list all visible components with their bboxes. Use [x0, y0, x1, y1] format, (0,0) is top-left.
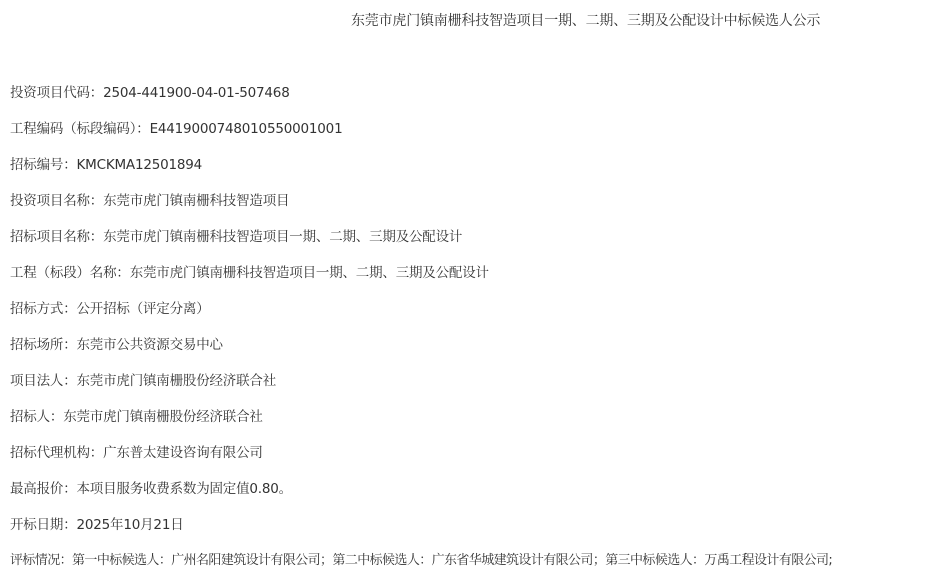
- field-tender-project-name: 招标项目名称：东莞市虎门镇南栅科技智造项目一期、二期、三期及公配设计: [10, 226, 462, 248]
- field-value: 东莞市虎门镇南栅科技智造项目一期、二期、三期及公配设计: [130, 265, 489, 281]
- field-tender-agency: 招标代理机构：广东普太建设咨询有限公司: [10, 442, 263, 464]
- field-engineering-code: 工程编码（标段编码）：E4419000748010550001001: [10, 118, 342, 140]
- field-label: 工程（标段）名称：: [10, 265, 130, 281]
- field-tender-number: 招标编号：KMCKMA12501894: [10, 154, 202, 176]
- field-value: 东莞市虎门镇南栅科技智造项目: [103, 193, 289, 209]
- field-label: 招标场所：: [10, 337, 77, 353]
- field-label: 最高报价：: [10, 481, 77, 497]
- field-label: 评标情况：: [10, 553, 72, 568]
- field-label: 招标编号：: [10, 157, 77, 173]
- field-tender-method: 招标方式：公开招标（评定分离）: [10, 298, 210, 320]
- field-label: 项目法人：: [10, 373, 77, 389]
- field-value: 广东普太建设咨询有限公司: [103, 445, 263, 461]
- field-max-quote: 最高报价：本项目服务收费系数为固定值0.80。: [10, 478, 292, 500]
- field-label: 投资项目名称：: [10, 193, 103, 209]
- field-bid-opening-date: 开标日期：2025年10月21日: [10, 514, 184, 536]
- field-label: 招标项目名称：: [10, 229, 103, 245]
- field-label: 招标方式：: [10, 301, 77, 317]
- field-label: 投资项目代码：: [10, 85, 103, 101]
- field-value: 第一中标候选人：广州名阳建筑设计有限公司；第二中标候选人：广东省华城建筑设计有限…: [72, 553, 832, 568]
- field-tenderer: 招标人：东莞市虎门镇南栅股份经济联合社: [10, 406, 263, 428]
- field-tender-venue: 招标场所：东莞市公共资源交易中心: [10, 334, 223, 356]
- field-project-legal-person: 项目法人：东莞市虎门镇南栅股份经济联合社: [10, 370, 276, 392]
- field-value: 公开招标（评定分离）: [77, 301, 210, 317]
- field-investment-project-code: 投资项目代码：2504-441900-04-01-507468: [10, 82, 290, 104]
- field-label: 招标人：: [10, 409, 63, 425]
- field-label: 工程编码（标段编码）：: [10, 121, 150, 137]
- field-investment-project-name: 投资项目名称：东莞市虎门镇南栅科技智造项目: [10, 190, 289, 212]
- field-section-name: 工程（标段）名称：东莞市虎门镇南栅科技智造项目一期、二期、三期及公配设计: [10, 262, 489, 284]
- field-label: 开标日期：: [10, 517, 77, 533]
- field-value: 东莞市虎门镇南栅科技智造项目一期、二期、三期及公配设计: [103, 229, 462, 245]
- document-title: 东莞市虎门镇南栅科技智造项目一期、二期、三期及公配设计中标候选人公示: [351, 10, 820, 32]
- field-value: 本项目服务收费系数为固定值0.80。: [77, 481, 292, 497]
- field-value: E4419000748010550001001: [150, 121, 343, 137]
- field-value: 东莞市公共资源交易中心: [77, 337, 223, 353]
- field-value: 2504-441900-04-01-507468: [103, 85, 289, 101]
- field-value: KMCKMA12501894: [77, 157, 203, 173]
- field-value: 东莞市虎门镇南栅股份经济联合社: [63, 409, 263, 425]
- field-value: 东莞市虎门镇南栅股份经济联合社: [77, 373, 277, 389]
- field-evaluation-result: 评标情况：第一中标候选人：广州名阳建筑设计有限公司；第二中标候选人：广东省华城建…: [10, 550, 832, 572]
- field-label: 招标代理机构：: [10, 445, 103, 461]
- field-value: 2025年10月21日: [77, 517, 184, 533]
